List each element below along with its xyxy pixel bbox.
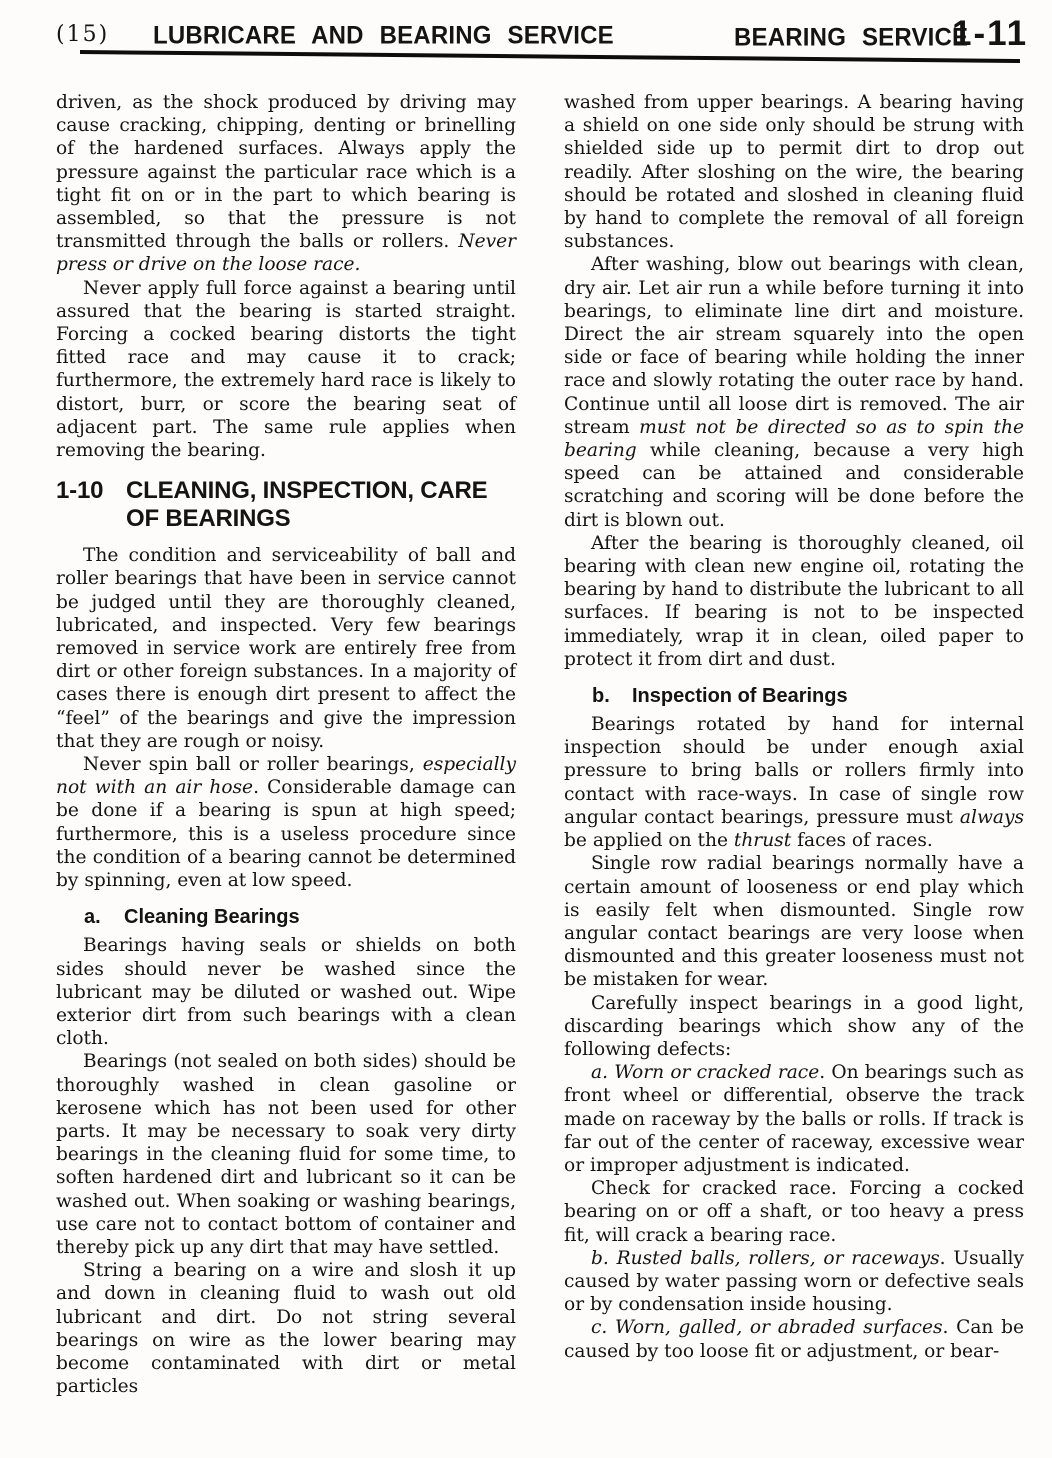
text-run: Bearings having seals or shields on both… xyxy=(56,935,516,1049)
running-header-right: BEARING SERVICE xyxy=(734,23,968,52)
paragraph: After washing, blow out bearings with cl… xyxy=(564,253,1024,531)
text-run: String a bearing on a wire and slosh it … xyxy=(56,1260,516,1397)
paragraph: String a bearing on a wire and slosh it … xyxy=(56,1259,516,1398)
running-header-left: LUBRICARE AND BEARING SERVICE xyxy=(153,21,614,50)
text-column-right: washed from upper bearings. A bearing ha… xyxy=(564,91,1024,1363)
text-run: Bearings rotated by hand for internal in… xyxy=(564,714,1024,828)
text-run: Bearings (not sealed on both sides) shou… xyxy=(56,1051,516,1258)
paragraph: washed from upper bearings. A bearing ha… xyxy=(564,91,1024,253)
text-run: Single row radial bearings normally have… xyxy=(564,853,1024,990)
paragraph: Never spin ball or roller bearings, espe… xyxy=(56,753,516,892)
sub-heading: b.Inspection of Bearings xyxy=(564,684,1024,708)
page-number: 1-11 xyxy=(952,14,1028,54)
italic-text-run: c. Worn, galled, or abraded surfaces xyxy=(591,1317,943,1338)
text-run: Carefully inspect bearings in a good lig… xyxy=(564,993,1024,1060)
section-number: 1-10 xyxy=(56,477,126,505)
text-run: driven, as the shock produced by driving… xyxy=(56,92,516,252)
sub-heading-marker: a. xyxy=(84,905,124,929)
text-run: washed from upper bearings. A bearing ha… xyxy=(564,92,1024,252)
manual-page: (15) LUBRICARE AND BEARING SERVICE BEARI… xyxy=(0,0,1052,1458)
paragraph: The condition and serviceability of ball… xyxy=(56,544,516,753)
text-run: Never spin ball or roller bearings, xyxy=(83,754,423,775)
section-heading: 1-10CLEANING, INSPECTION, CARE OF BEARIN… xyxy=(56,477,516,533)
text-run: faces of races. xyxy=(791,830,933,851)
paragraph: Carefully inspect bearings in a good lig… xyxy=(564,992,1024,1062)
italic-text-run: thrust xyxy=(734,830,791,851)
italic-text-run: always xyxy=(960,807,1024,828)
paragraph: Never apply full force against a bearing… xyxy=(56,277,516,463)
italic-text-run: a. Worn or cracked race xyxy=(591,1062,819,1083)
text-run: be applied on the xyxy=(564,830,734,851)
text-run: After washing, blow out bearings with cl… xyxy=(564,254,1024,437)
paragraph: a. Worn or cracked race. On bearings suc… xyxy=(564,1061,1024,1177)
folio-number: (15) xyxy=(56,22,109,47)
sub-heading-marker: b. xyxy=(592,684,632,708)
paragraph: Bearings (not sealed on both sides) shou… xyxy=(56,1050,516,1259)
paragraph: c. Worn, galled, or abraded surfaces. Ca… xyxy=(564,1316,1024,1362)
text-run: After the bearing is thoroughly cleaned,… xyxy=(564,533,1024,670)
paragraph: Bearings rotated by hand for internal in… xyxy=(564,713,1024,852)
text-run: The condition and serviceability of ball… xyxy=(56,545,516,752)
sub-heading: a.Cleaning Bearings xyxy=(56,905,516,929)
paragraph: After the bearing is thoroughly cleaned,… xyxy=(564,532,1024,671)
text-run: Check for cracked race. Forcing a cocked… xyxy=(564,1178,1024,1245)
italic-text-run: b. Rusted balls, rollers, or raceways xyxy=(591,1248,940,1269)
paragraph: b. Rusted balls, rollers, or raceways. U… xyxy=(564,1247,1024,1317)
paragraph: driven, as the shock produced by driving… xyxy=(56,91,516,277)
paragraph: Single row radial bearings normally have… xyxy=(564,852,1024,991)
paragraph: Check for cracked race. Forcing a cocked… xyxy=(564,1177,1024,1247)
text-run: Never apply full force against a bearing… xyxy=(56,278,516,461)
text-column-left: driven, as the shock produced by driving… xyxy=(56,91,516,1398)
sub-heading-title: Cleaning Bearings xyxy=(124,906,300,928)
section-title: CLEANING, INSPECTION, CARE OF BEARINGS xyxy=(126,477,516,533)
sub-heading-title: Inspection of Bearings xyxy=(632,685,848,707)
paragraph: Bearings having seals or shields on both… xyxy=(56,934,516,1050)
